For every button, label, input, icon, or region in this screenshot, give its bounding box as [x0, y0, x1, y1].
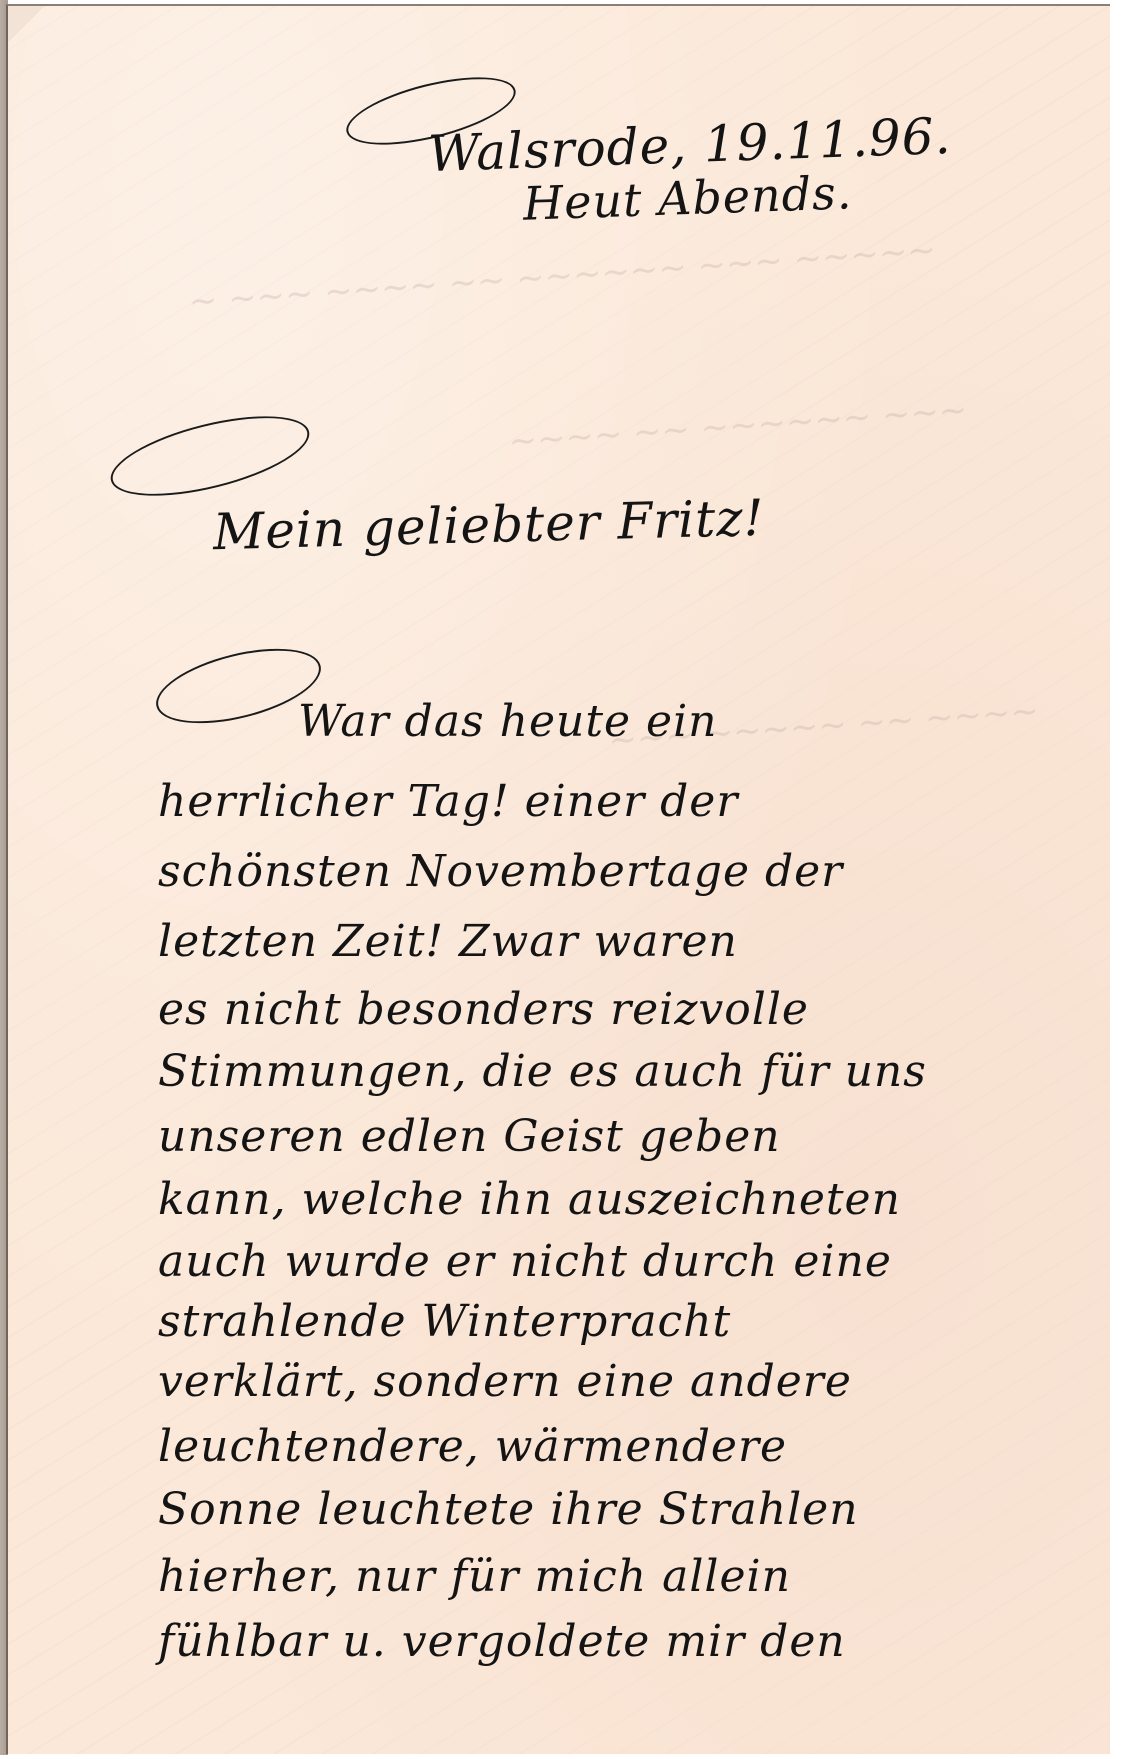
body-line: hierher, nur für mich allein [158, 1551, 791, 1602]
body-line: auch wurde er nicht durch eine [158, 1236, 892, 1287]
body-line: Stimmungen, die es auch für uns [158, 1046, 927, 1097]
body-line: herrlicher Tag! einer der [158, 776, 738, 827]
body-line: schönsten Novembertage der [158, 846, 843, 897]
body-line: es nicht besonders reizvolle [158, 984, 809, 1035]
body-line: fühlbar u. vergoldete mir den [158, 1616, 846, 1667]
body-line: Sonne leuchtete ihre Strahlen [158, 1484, 859, 1535]
body-line: unseren edlen Geist geben [158, 1111, 781, 1162]
body-line: letzten Zeit! Zwar waren [158, 916, 738, 967]
time-note: Heut Abends. [522, 165, 853, 230]
body-line: kann, welche ihn auszeichneten [158, 1174, 901, 1225]
page-corner-fold [8, 6, 48, 46]
body-line: verklärt, sondern eine andere [158, 1356, 852, 1407]
letter-page: ~ ~~~ ~~~~ ~~ ~~~~~~ ~~~ ~~~~~ ~~~~ ~~ ~… [6, 4, 1110, 1754]
bleed-through-text: ~ ~~~ ~~~~ ~~ ~~~~~~ ~~~ ~~~~~ [188, 230, 938, 322]
bleed-through-text: ~~~~ ~~ ~~~~~~ ~~~ [507, 390, 968, 462]
salutation: Mein geliebter Fritz! [212, 489, 765, 561]
body-line: leuchtendere, wärmendere [158, 1421, 787, 1472]
salutation-flourish [103, 400, 316, 511]
body-line: strahlende Winterpracht [158, 1296, 731, 1347]
body-line: War das heute ein [298, 696, 718, 747]
